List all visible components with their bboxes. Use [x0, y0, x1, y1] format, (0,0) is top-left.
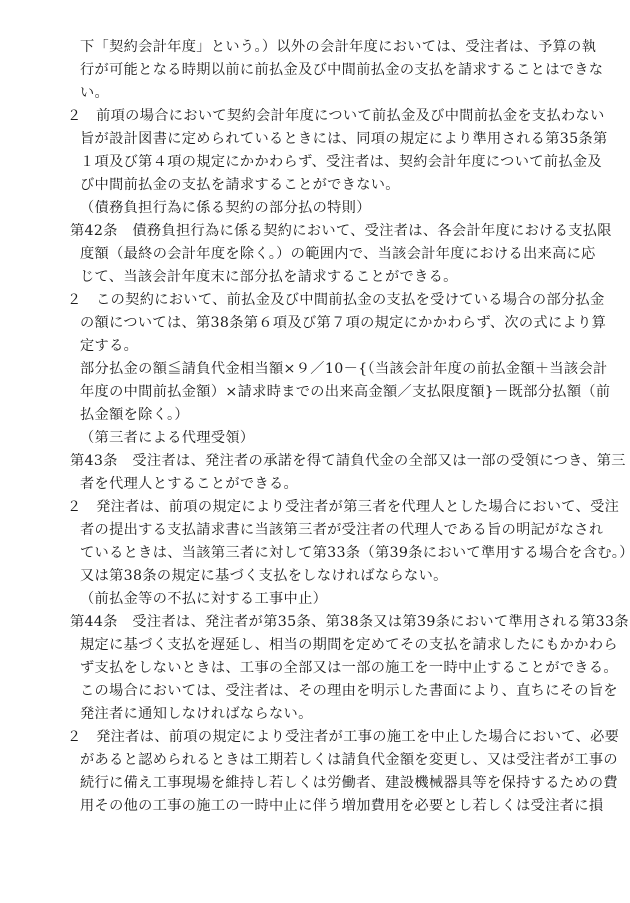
document-text-line: 旨が設計図書に定められているときには、同項の規定により準用される第35条第: [80, 129, 608, 149]
document-text-line: （債務負担行為に係る契約の部分払の特則）: [80, 198, 371, 218]
document-text-line: 行が可能となる時期以前に前払金及び中間前払金の支払を請求することはできな: [80, 60, 603, 80]
document-text-line: １項及び第４項の規定にかかわらず、受注者は、契約会計年度について前払金及: [80, 152, 602, 172]
document-text-line: 定する。: [80, 336, 138, 356]
document-text-line: 度額（最終の会計年度を除く。）の範囲内で、当該会計年度における出来高に応: [80, 244, 596, 264]
document-text-line: 第44条 受注者は、発注者が第35条、第38条又は第39条において準用される第3…: [70, 612, 630, 632]
document-text-line: 規定に基づく支払を遅延し、相当の期間を定めてその支払を請求したにもかかわら: [80, 635, 618, 655]
document-text-line: この場合においては、受注者は、その理由を明示した書面により、直ちにその旨を: [80, 681, 618, 701]
document-text-line: ず支払をしないときは、工事の全部又は一部の施工を一時中止することができる。: [80, 658, 618, 678]
document-text-line: ２ この契約において、前払金及び中間前払金の支払を受けている場合の部分払金: [67, 290, 605, 310]
document-text-line: ２ 発注者は、前項の規定により受注者が第三者を代理人とした場合において、受注: [67, 497, 619, 517]
document-text-line: 部分払金の額≦請負代金相当額×９／10－{（当該会計年度の前払金額＋当該会計: [80, 359, 608, 379]
document-text-line: ２ 発注者は、前項の規定により受注者が工事の施工を中止した場合において、必要: [67, 727, 619, 747]
document-text-line: 者を代理人とすることができる。: [80, 474, 298, 494]
document-text-line: の額については、第38条第６項及び第７項の規定にかかわらず、次の式により算: [80, 313, 606, 333]
document-text-line: 者の提出する支払請求書に当該第三者が受注者の代理人である旨の明記がなされ: [80, 520, 603, 540]
document-text-line: ２ 前項の場合において契約会計年度について前払金及び中間前払金を支払わない: [67, 106, 605, 126]
document-text-line: 続行に備え工事現場を維持し若しくは労働者、建設機械器具等を保持するための費: [80, 773, 618, 793]
document-text-line: じて、当該会計年度末に部分払を請求することができる。: [80, 267, 458, 287]
document-text-line: 年度の中間前払金額）×請求時までの出来高金額／支払限度額}－既部分払額（前: [80, 382, 610, 402]
document-text-line: 発注者に通知しなければならない。: [80, 704, 313, 724]
document-text-line: び中間前払金の支払を請求することができない。: [80, 175, 400, 195]
document-text-line: 下「契約会計年度」という。）以外の会計年度においては、受注者は、予算の執: [80, 37, 596, 57]
document-text-line: 用その他の工事の施工の一時中止に伴う増加費用を必要とし若しくは受注者に損: [80, 796, 603, 816]
document-text-line: （第三者による代理受領）: [80, 428, 254, 448]
document-text-line: 第42条 債務負担行為に係る契約において、受注者は、各会計年度における支払限: [70, 221, 612, 241]
document-text-line: があると認められるときは工期若しくは請負代金額を変更し、又は受注者が工事の: [80, 750, 618, 770]
document-text-line: （前払金等の不払に対する工事中止）: [80, 589, 327, 609]
document-text-line: 払金額を除く。）: [80, 405, 189, 425]
document-page: 下「契約会計年度」という。）以外の会計年度においては、受注者は、予算の執行が可能…: [0, 0, 630, 903]
document-text-line: ているときは、当該第三者に対して第33条（第39条において準用する場合を含む。）: [80, 543, 630, 563]
document-text-line: い。: [80, 83, 109, 103]
document-text-line: 又は第38条の規定に基づく支払をしなければならない。: [80, 566, 448, 586]
document-text-line: 第43条 受注者は、発注者の承諾を得て請負代金の全部又は一部の受領につき、第三: [70, 451, 626, 471]
